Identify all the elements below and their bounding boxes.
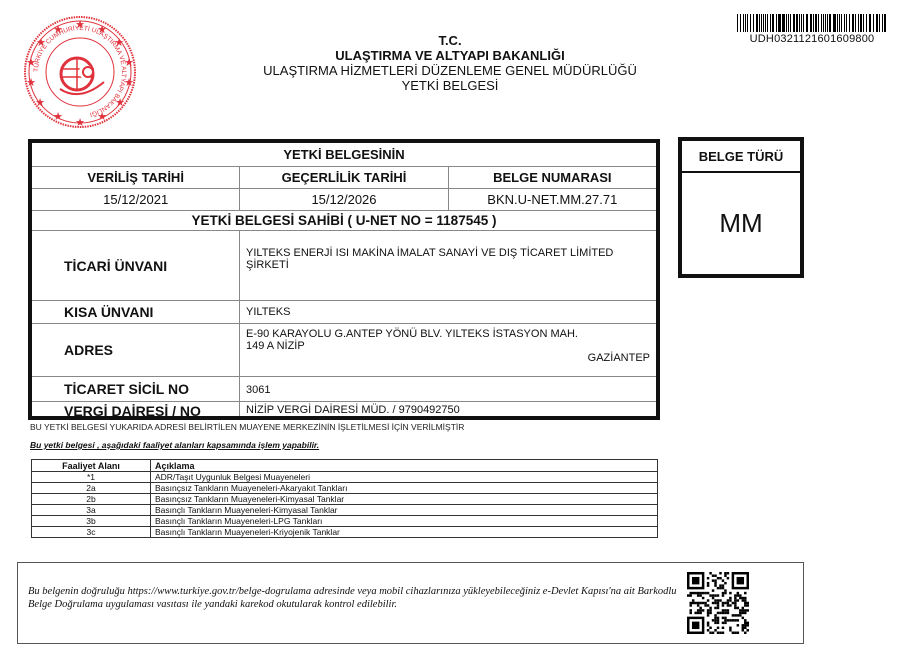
ministry-seal-icon: ★★★ ★★★ ★★★ ★★★ ★★ TÜRKİYE CUMHURİYETİ U… xyxy=(22,14,138,130)
activity-description: Basınçlı Tankların Muayeneleri-Kimyasal … xyxy=(151,505,658,516)
document-type-value: MM xyxy=(682,173,800,273)
document-type-box: BELGE TÜRÜ MM xyxy=(678,137,804,278)
holder-title-text: YETKİ BELGESİ SAHİBİ ( U-NET NO = 118754… xyxy=(192,213,497,228)
validity-date-header: GEÇERLİLİK TARİHİ xyxy=(239,167,447,188)
svg-text:★: ★ xyxy=(35,97,45,109)
scope-note: Bu yetki belgesi , aşağıdaki faaliyet al… xyxy=(30,440,319,450)
activity-description: Basınçlı Tankların Muayeneleri-Kriyojeni… xyxy=(151,527,658,538)
field-row-trade-name: TİCARİ ÜNVANI YILTEKS ENERJİ ISI MAKİNA … xyxy=(32,231,656,301)
table-row: 3bBasınçlı Tankların Muayeneleri-LPG Tan… xyxy=(32,516,658,527)
table-row: 3aBasınçlı Tankların Muayeneleri-Kimyasa… xyxy=(32,505,658,516)
activity-description: ADR/Taşıt Uygunluk Belgesi Muayeneleri xyxy=(151,472,658,483)
table-row: 2bBasınçsız Tankların Muayeneleri-Kimyas… xyxy=(32,494,658,505)
activity-description-header: Açıklama xyxy=(151,460,658,472)
short-name-label: KISA ÜNVANI xyxy=(32,301,240,323)
activity-description: Basınçsız Tankların Muayeneleri-Akaryakı… xyxy=(151,483,658,494)
barcode-icon xyxy=(737,14,887,32)
date-values-row: 15/12/2021 15/12/2026 BKN.U-NET.MM.27.71 xyxy=(32,189,656,211)
verification-text: Bu belgenin doğruluğu https://www.turkiy… xyxy=(28,585,688,611)
trade-name-value: YILTEKS ENERJİ ISI MAKİNA İMALAT SANAYİ … xyxy=(240,231,656,300)
verification-box: Bu belgenin doğruluğu https://www.turkiy… xyxy=(17,562,804,644)
issue-date: 15/12/2021 xyxy=(32,189,239,210)
document-header: T.C. ULAŞTIRMA VE ALTYAPI BAKANLIĞI ULAŞ… xyxy=(200,33,700,93)
date-headers-row: VERİLİŞ TARİHİ GEÇERLİLİK TARİHİ BELGE N… xyxy=(32,167,656,189)
barcode-number: UDH0321121601609800 xyxy=(737,33,887,45)
svg-text:★: ★ xyxy=(75,117,85,129)
short-name-value: YILTEKS xyxy=(240,301,656,323)
activities-header-row: Faaliyet Alanı Açıklama xyxy=(32,460,658,472)
activity-code: 3a xyxy=(32,505,151,516)
field-row-address: ADRES E-90 KARAYOLU G.ANTEP YÖNÜ BLV. YI… xyxy=(32,324,656,377)
activity-description: Basınçsız Tankların Muayeneleri-Kimyasal… xyxy=(151,494,658,505)
document-type-label: BELGE TÜRÜ xyxy=(682,141,800,173)
address-label: ADRES xyxy=(32,324,240,376)
department-name: ULAŞTIRMA HİZMETLERİ DÜZENLEME GENEL MÜD… xyxy=(200,63,700,78)
certificate-table: YETKİ BELGESİNİN VERİLİŞ TARİHİ GEÇERLİL… xyxy=(28,139,660,420)
activity-description: Basınçlı Tankların Muayeneleri-LPG Tankl… xyxy=(151,516,658,527)
qr-code-icon[interactable] xyxy=(687,572,749,634)
svg-text:★: ★ xyxy=(26,77,36,89)
address-city: GAZİANTEP xyxy=(588,352,650,364)
holder-title: YETKİ BELGESİ SAHİBİ ( U-NET NO = 118754… xyxy=(32,211,656,231)
ministry-name: ULAŞTIRMA VE ALTYAPI BAKANLIĞI xyxy=(200,48,700,63)
section-title-text: YETKİ BELGESİNİN xyxy=(283,147,404,162)
activity-code: *1 xyxy=(32,472,151,483)
activity-code: 2a xyxy=(32,483,151,494)
tax-office-value: NİZİP VERGİ DAİRESİ MÜD. / 9790492750 xyxy=(240,402,656,416)
trade-registry-label: TİCARET SİCİL NO xyxy=(32,377,240,401)
activity-code: 3b xyxy=(32,516,151,527)
issue-date-header: VERİLİŞ TARİHİ xyxy=(32,167,239,188)
activities-table: Faaliyet Alanı Açıklama *1ADR/Taşıt Uygu… xyxy=(31,459,658,538)
tax-office-label: VERGİ DAİRESİ / NO xyxy=(32,402,240,416)
issued-for-note: BU YETKİ BELGESİ YUKARIDA ADRESİ BELİRTİ… xyxy=(30,422,464,432)
field-row-trade-registry: TİCARET SİCİL NO 3061 xyxy=(32,377,656,402)
trade-name-label: TİCARİ ÜNVANI xyxy=(32,231,240,300)
section-title: YETKİ BELGESİNİN xyxy=(32,143,656,167)
trade-registry-value: 3061 xyxy=(240,377,656,401)
activity-code: 3c xyxy=(32,527,151,538)
table-row: *1ADR/Taşıt Uygunluk Belgesi Muayeneleri xyxy=(32,472,658,483)
activity-code-header: Faaliyet Alanı xyxy=(32,460,151,472)
document-title: YETKİ BELGESİ xyxy=(200,78,700,93)
barcode: UDH0321121601609800 xyxy=(737,14,887,45)
table-row: 2aBasınçsız Tankların Muayeneleri-Akarya… xyxy=(32,483,658,494)
address-value: E-90 KARAYOLU G.ANTEP YÖNÜ BLV. YILTEKS … xyxy=(246,328,586,352)
document-number-header: BELGE NUMARASI xyxy=(448,167,656,188)
address-cell: E-90 KARAYOLU G.ANTEP YÖNÜ BLV. YILTEKS … xyxy=(240,324,656,376)
table-row: 3cBasınçlı Tankların Muayeneleri-Kriyoje… xyxy=(32,527,658,538)
activity-code: 2b xyxy=(32,494,151,505)
field-row-short-name: KISA ÜNVANI YILTEKS xyxy=(32,301,656,324)
document-number: BKN.U-NET.MM.27.71 xyxy=(448,189,656,210)
validity-date: 15/12/2026 xyxy=(239,189,447,210)
svg-text:★: ★ xyxy=(53,111,63,123)
tc-label: T.C. xyxy=(200,33,700,48)
field-row-tax-office: VERGİ DAİRESİ / NO NİZİP VERGİ DAİRESİ M… xyxy=(32,402,656,416)
